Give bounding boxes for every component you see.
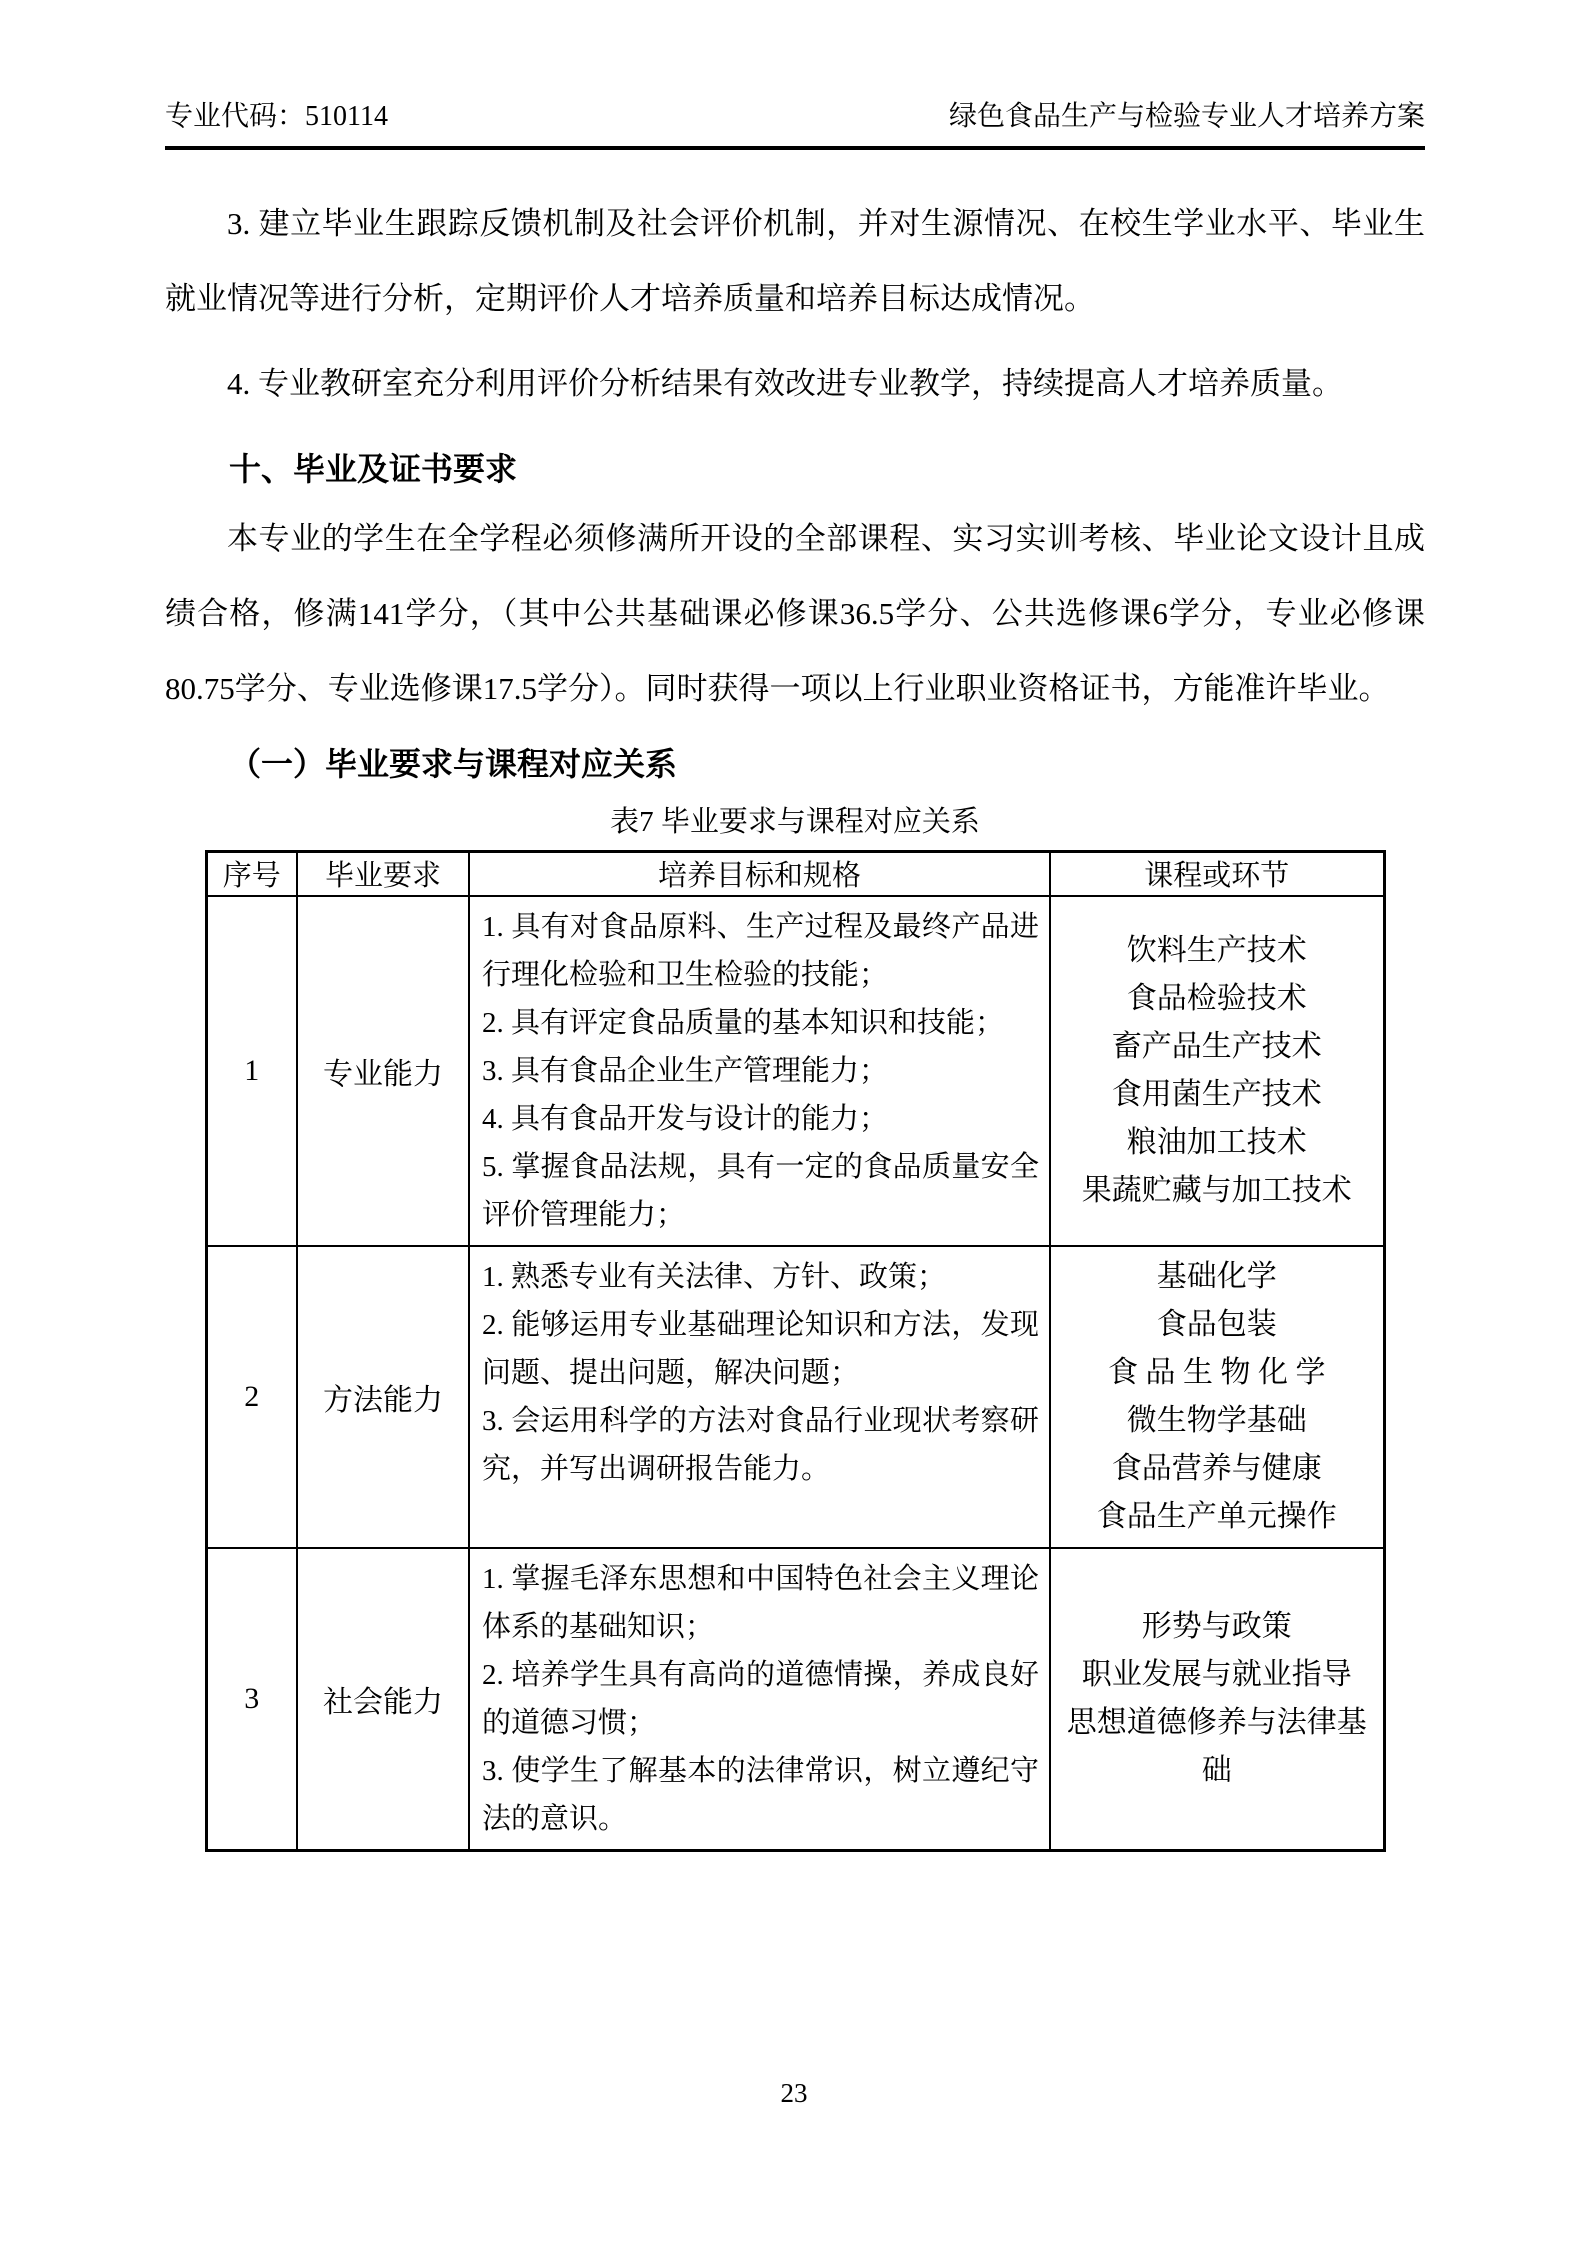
section-heading: 十、毕业及证书要求 — [165, 447, 1425, 491]
goal-item: 2. 能够运用专业基础理论知识和方法，发现问题、提出问题，解决问题； — [482, 1301, 1039, 1397]
goal-item: 4. 具有食品开发与设计的能力； — [482, 1095, 1039, 1143]
course-item: 食品营养与健康 — [1055, 1445, 1379, 1493]
course-item: 职业发展与就业指导 — [1055, 1651, 1379, 1699]
course-item: 形势与政策 — [1055, 1603, 1379, 1651]
cell-requirement: 方法能力 — [297, 1246, 469, 1548]
cell-courses: 形势与政策 职业发展与就业指导 思想道德修养与法律基础 — [1050, 1548, 1384, 1851]
cell-courses: 饮料生产技术 食品检验技术 畜产品生产技术 食用菌生产技术 粮油加工技术 果蔬贮… — [1050, 896, 1384, 1246]
course-item: 微生物学基础 — [1055, 1397, 1379, 1445]
paragraph-item-4: 4. 专业教研室充分利用评价分析结果有效改进专业教学，持续提高人才培养质量。 — [165, 346, 1425, 421]
goal-item: 3. 会运用科学的方法对食品行业现状考察研究，并写出调研报告能力。 — [482, 1397, 1039, 1493]
cell-requirement: 专业能力 — [297, 896, 469, 1246]
section-body-paragraph: 本专业的学生在全学程必须修满所开设的全部课程、实习实训考核、毕业论文设计且成绩合… — [165, 501, 1425, 726]
cell-goals: 1. 掌握毛泽东思想和中国特色社会主义理论体系的基础知识； 2. 培养学生具有高… — [469, 1548, 1050, 1851]
goal-item: 1. 具有对食品原料、生产过程及最终产品进行理化检验和卫生检验的技能； — [482, 903, 1039, 999]
col-header-no: 序号 — [206, 852, 297, 896]
course-item: 食品检验技术 — [1055, 975, 1379, 1023]
cell-goals: 1. 具有对食品原料、生产过程及最终产品进行理化检验和卫生检验的技能； 2. 具… — [469, 896, 1050, 1246]
goal-item: 2. 培养学生具有高尚的道德情操，养成良好的道德习惯； — [482, 1651, 1039, 1747]
course-item: 食品包装 — [1055, 1301, 1379, 1349]
goal-item: 5. 掌握食品法规，具有一定的食品质量安全评价管理能力； — [482, 1143, 1039, 1239]
course-item: 畜产品生产技术 — [1055, 1023, 1379, 1071]
cell-row-number: 2 — [206, 1246, 297, 1548]
graduation-requirements-table: 序号 毕业要求 培养目标和规格 课程或环节 1 专业能力 1. 具有对食品原料、… — [205, 850, 1386, 1852]
goal-item: 3. 具有食品企业生产管理能力； — [482, 1047, 1039, 1095]
table-row: 1 专业能力 1. 具有对食品原料、生产过程及最终产品进行理化检验和卫生检验的技… — [206, 896, 1384, 1246]
cell-row-number: 3 — [206, 1548, 297, 1851]
goal-item: 1. 掌握毛泽东思想和中国特色社会主义理论体系的基础知识； — [482, 1555, 1039, 1651]
course-item: 食用菌生产技术 — [1055, 1071, 1379, 1119]
header-document-title: 绿色食品生产与检验专业人才培养方案 — [949, 100, 1425, 134]
table-caption: 表7 毕业要求与课程对应关系 — [165, 802, 1425, 842]
course-item: 果蔬贮藏与加工技术 — [1055, 1167, 1379, 1215]
paragraph-item-3: 3. 建立毕业生跟踪反馈机制及社会评价机制，并对生源情况、在校生学业水平、毕业生… — [165, 186, 1425, 336]
cell-row-number: 1 — [206, 896, 297, 1246]
cell-goals: 1. 熟悉专业有关法律、方针、政策； 2. 能够运用专业基础理论知识和方法，发现… — [469, 1246, 1050, 1548]
subsection-heading: （一）毕业要求与课程对应关系 — [165, 742, 1425, 786]
goal-item: 2. 具有评定食品质量的基本知识和技能； — [482, 999, 1039, 1047]
cell-courses: 基础化学 食品包装 食 品 生 物 化 学 微生物学基础 食品营养与健康 食品生… — [1050, 1246, 1384, 1548]
col-header-requirement: 毕业要求 — [297, 852, 469, 896]
page-header: 专业代码：510114 绿色食品生产与检验专业人才培养方案 — [165, 0, 1425, 150]
goal-item: 3. 使学生了解基本的法律常识，树立遵纪守法的意识。 — [482, 1747, 1039, 1843]
course-item: 基础化学 — [1055, 1253, 1379, 1301]
col-header-goals: 培养目标和规格 — [469, 852, 1050, 896]
course-item: 食 品 生 物 化 学 — [1055, 1349, 1379, 1397]
table-row: 2 方法能力 1. 熟悉专业有关法律、方针、政策； 2. 能够运用专业基础理论知… — [206, 1246, 1384, 1548]
table-header-row: 序号 毕业要求 培养目标和规格 课程或环节 — [206, 852, 1384, 896]
course-item: 食品生产单元操作 — [1055, 1493, 1379, 1541]
page-number: 23 — [0, 2078, 1588, 2109]
table-row: 3 社会能力 1. 掌握毛泽东思想和中国特色社会主义理论体系的基础知识； 2. … — [206, 1548, 1384, 1851]
header-major-code: 专业代码：510114 — [165, 100, 388, 134]
course-item: 粮油加工技术 — [1055, 1119, 1379, 1167]
document-page: 专业代码：510114 绿色食品生产与检验专业人才培养方案 3. 建立毕业生跟踪… — [0, 0, 1588, 2245]
col-header-courses: 课程或环节 — [1050, 852, 1384, 896]
course-item: 思想道德修养与法律基础 — [1055, 1699, 1379, 1795]
cell-requirement: 社会能力 — [297, 1548, 469, 1851]
goal-item: 1. 熟悉专业有关法律、方针、政策； — [482, 1253, 1039, 1301]
course-item: 饮料生产技术 — [1055, 927, 1379, 975]
